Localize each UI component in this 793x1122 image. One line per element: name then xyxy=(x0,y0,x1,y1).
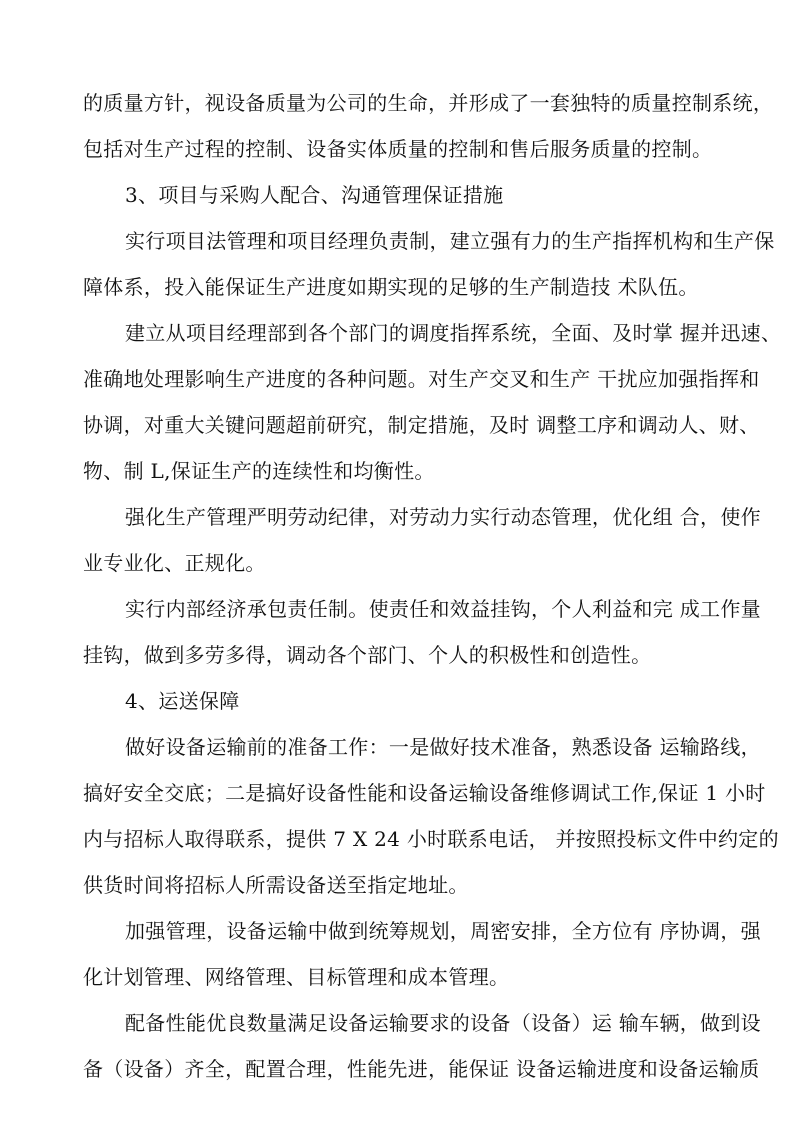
paragraph-line: 物、制 L,保证生产的连续性和均衡性。 xyxy=(83,456,713,486)
paragraph-line: 的质量方针，视设备质量为公司的生命，并形成了一套独特的质量控制系统， xyxy=(83,88,713,118)
section-heading: 3、项目与采购人配合、沟通管理保证措施 xyxy=(125,180,715,210)
paragraph-line: 准确地处理影响生产进度的各种问题。对生产交叉和生产 干扰应加强指挥和 xyxy=(83,364,713,394)
paragraph-line: 强化生产管理严明劳动纪律，对劳动力实行动态管理，优化组 合，使作 xyxy=(125,502,715,532)
paragraph-line: 备（设备）齐全，配置合理，性能先进，能保证 设备运输进度和设备运输质 xyxy=(83,1054,713,1084)
paragraph-line: 实行内部经济承包责任制。使责任和效益挂钩，个人利益和完 成工作量 xyxy=(125,594,715,624)
paragraph-line: 化计划管理、网络管理、目标管理和成本管理。 xyxy=(83,962,713,992)
paragraph-line: 做好设备运输前的准备工作：一是做好技术准备，熟悉设备 运输路线， xyxy=(125,732,715,762)
document-page: 的质量方针，视设备质量为公司的生命，并形成了一套独特的质量控制系统， 包括对生产… xyxy=(0,0,793,1122)
paragraph-line: 协调，对重大关键问题超前研究，制定措施，及时 调整工序和调动人、财、 xyxy=(83,410,713,440)
paragraph-line: 加强管理，设备运输中做到统筹规划，周密安排，全方位有 序协调，强 xyxy=(125,916,715,946)
paragraph-line: 挂钩，做到多劳多得，调动各个部门、个人的积极性和创造性。 xyxy=(83,640,713,670)
paragraph-line: 业专业化、正规化。 xyxy=(83,548,713,578)
paragraph-line: 内与招标人取得联系，提供 7 X 24 小时联系电话， 并按照投标文件中约定的 xyxy=(83,824,713,854)
paragraph-line: 建立从项目经理部到各个部门的调度指挥系统，全面、及时掌 握并迅速、 xyxy=(125,318,715,348)
paragraph-line: 配备性能优良数量满足设备运输要求的设备（设备）运 输车辆，做到设 xyxy=(125,1008,715,1038)
section-heading: 4、运送保障 xyxy=(125,686,715,716)
paragraph-line: 实行项目法管理和项目经理负责制，建立强有力的生产指挥机构和生产保 xyxy=(125,226,715,256)
paragraph-line: 障体系，投入能保证生产进度如期实现的足够的生产制造技 术队伍。 xyxy=(83,272,713,302)
paragraph-line: 搞好安全交底；二是搞好设备性能和设备运输设备维修调试工作,保证 1 小时 xyxy=(83,778,713,808)
paragraph-line: 供货时间将招标人所需设备送至指定地址。 xyxy=(83,870,713,900)
paragraph-line: 包括对生产过程的控制、设备实体质量的控制和售后服务质量的控制。 xyxy=(83,134,713,164)
